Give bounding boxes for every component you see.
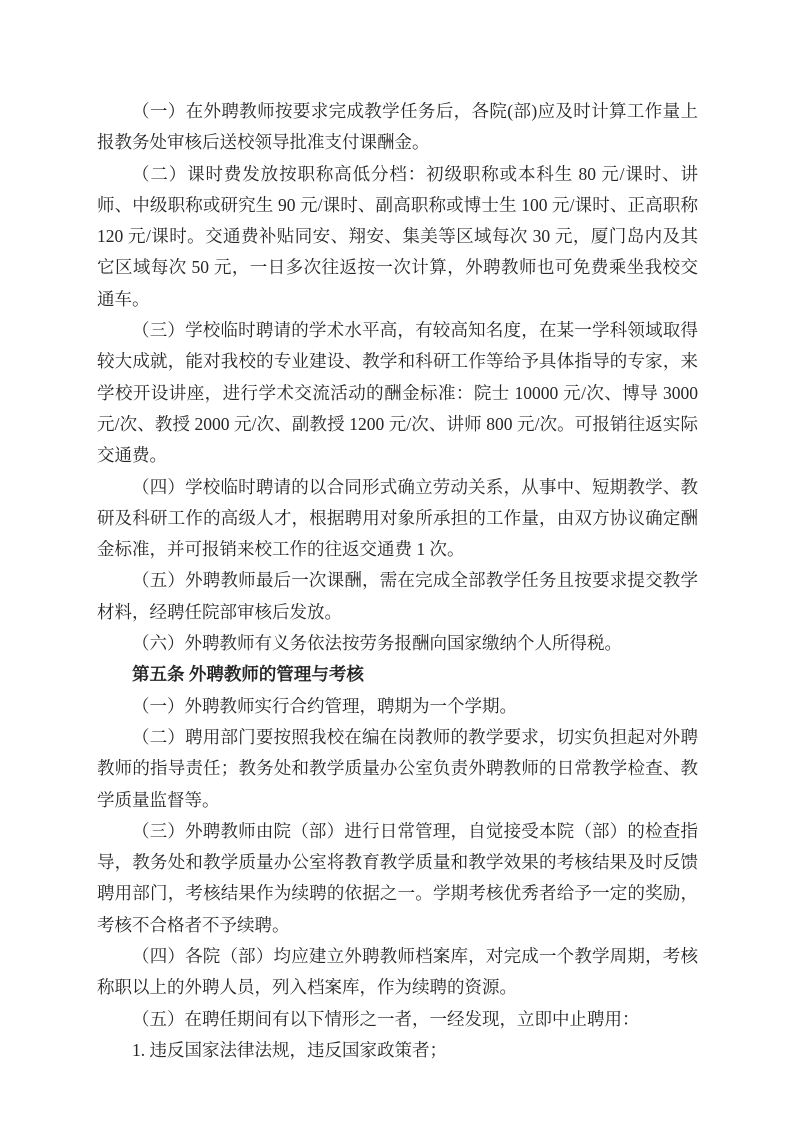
clause-payment-item-2: （二）课时费发放按职称高低分档：初级职称或本科生 80 元/课时、讲师、中级职称… [97,159,698,315]
clause-management-item-2: （二）聘用部门要按照我校在编在岗教师的教学要求，切实负担起对外聘教师的指导责任；… [97,722,698,816]
clause-management-item-3: （三）外聘教师由院（部）进行日常管理，自觉接受本院（部）的检查指导，教务处和教学… [97,816,698,941]
document-page: （一）在外聘教师按要求完成教学任务后，各院(部)应及时计算工作量上报教务处审核后… [0,0,794,1123]
document-body: （一）在外聘教师按要求完成教学任务后，各院(部)应及时计算工作量上报教务处审核后… [97,96,698,1066]
clause-management-item-4: （四）各院（部）均应建立外聘教师档案库，对完成一个教学周期，考核称职以上的外聘人… [97,941,698,1004]
clause-termination-item-1: 1. 违反国家法律法规，违反国家政策者； [97,1035,698,1066]
clause-payment-item-1: （一）在外聘教师按要求完成教学任务后，各院(部)应及时计算工作量上报教务处审核后… [97,96,698,159]
clause-payment-item-3: （三）学校临时聘请的学术水平高，有较高知名度，在某一学科领域取得较大成就，能对我… [97,315,698,471]
section-5-heading: 第五条 外聘教师的管理与考核 [97,659,698,690]
clause-payment-item-5: （五）外聘教师最后一次课酬，需在完成全部教学任务且按要求提交教学材料，经聘任院部… [97,565,698,628]
clause-payment-item-4: （四）学校临时聘请的以合同形式确立劳动关系，从事中、短期教学、教研及科研工作的高… [97,472,698,566]
clause-management-item-1: （一）外聘教师实行合约管理，聘期为一个学期。 [97,691,698,722]
clause-management-item-5: （五）在聘任期间有以下情形之一者，一经发现，立即中止聘用： [97,1004,698,1035]
clause-payment-item-6: （六）外聘教师有义务依法按劳务报酬向国家缴纳个人所得税。 [97,628,698,659]
